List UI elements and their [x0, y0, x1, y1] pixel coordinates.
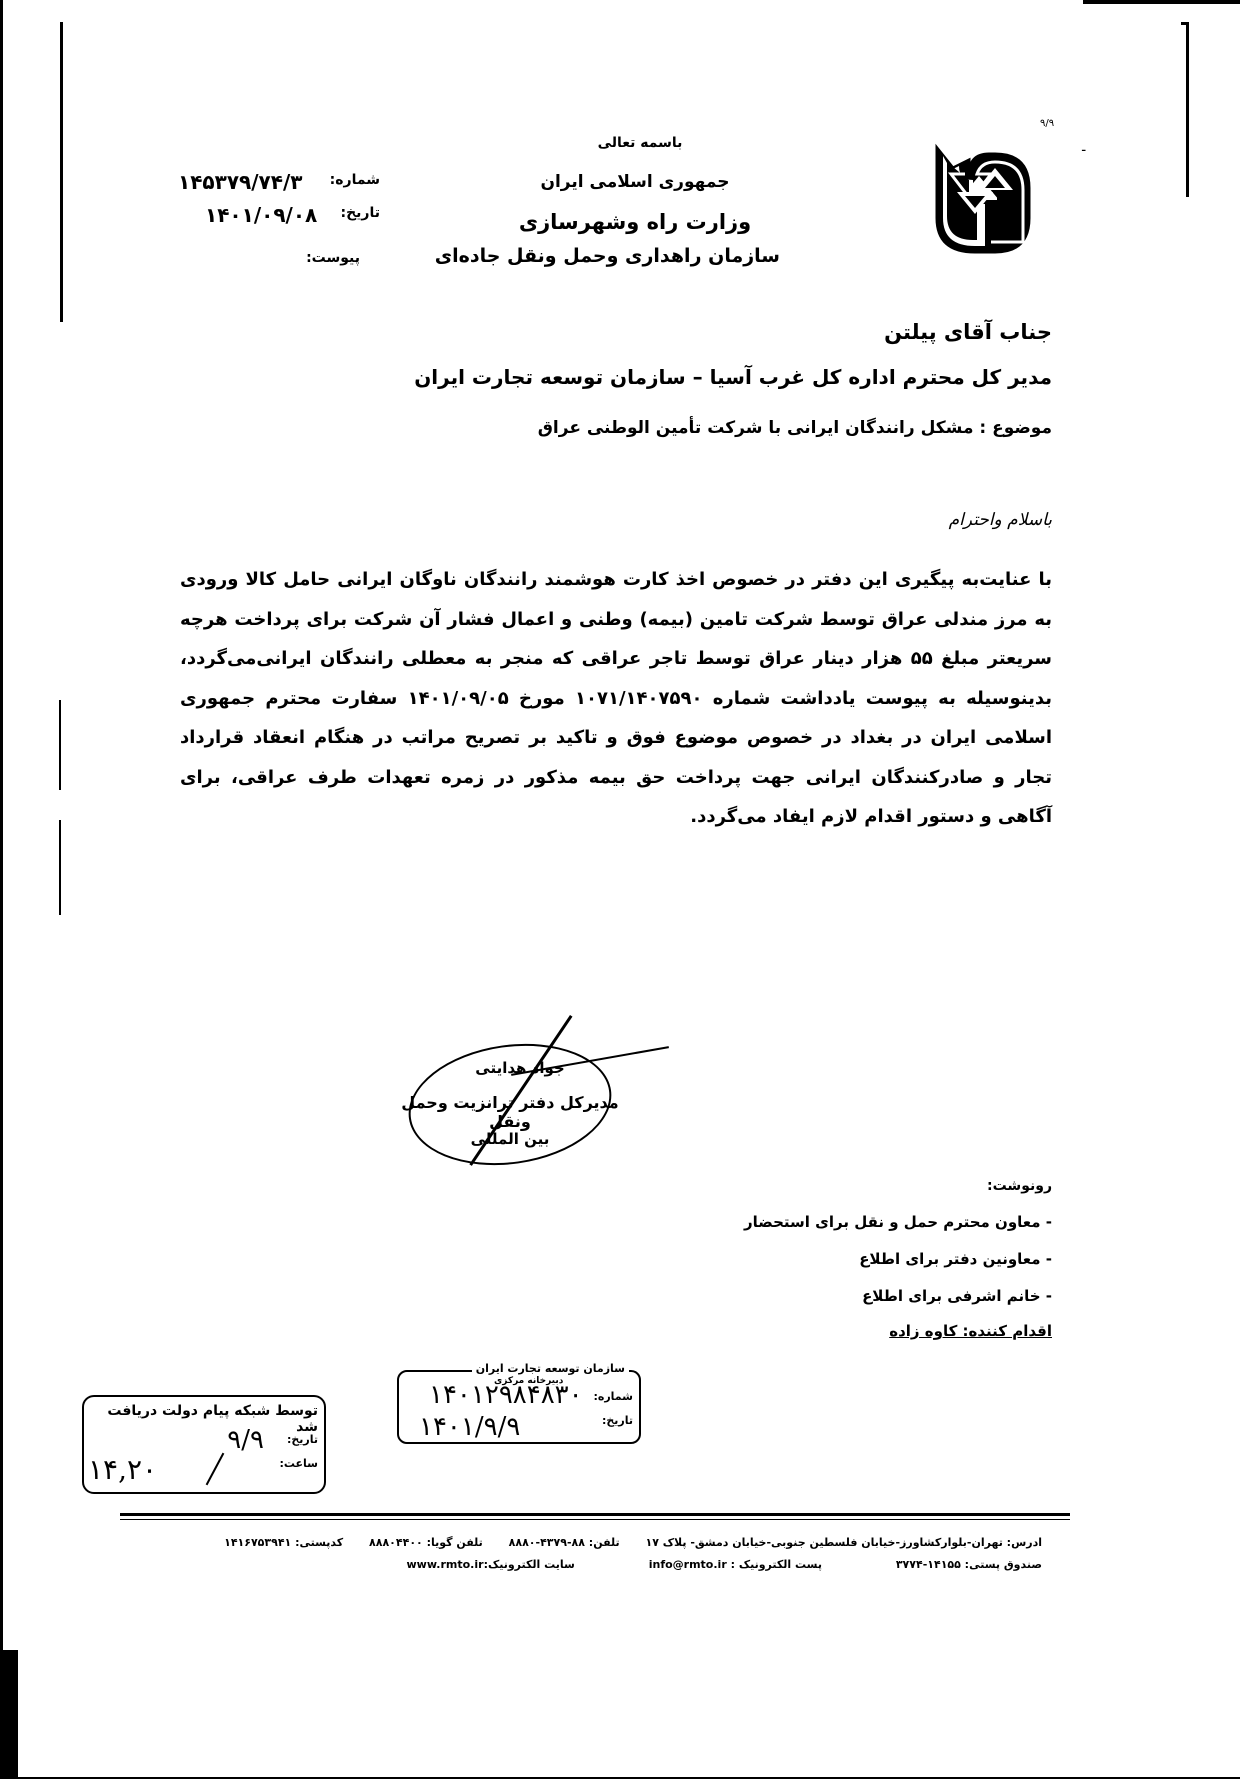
- scan-edge-top: [1083, 0, 1240, 4]
- cc-item: - خانم اشرفی برای اطلاع: [862, 1287, 1052, 1305]
- footer-divider: [120, 1513, 1070, 1516]
- stamp-time: ۱۴,۲۰: [88, 1453, 157, 1486]
- footer-po-box: صندوق پستی: ۱۴۱۵۵-۳۷۷۴: [896, 1558, 1042, 1571]
- recipient-title: مدیر کل محترم اداره کل غرب آسیا – سازمان…: [414, 365, 1052, 389]
- stamp-number: ۱۴۰۱۲۹۸۴۸۳۰: [429, 1380, 583, 1410]
- letter-subject: موضوع : مشکل رانندگان ایرانی با شرکت تأم…: [538, 418, 1052, 438]
- signatory-name: جواد هدایتی: [440, 1059, 600, 1077]
- cc-item: - معاونین دفتر برای اطلاع: [859, 1250, 1052, 1268]
- footer-email: info@rmto.ir: [649, 1558, 727, 1571]
- footer-address: ادرس: تهران-بلوارکشاورز-خیابان فلسطین جن…: [645, 1536, 1042, 1549]
- attachment-label: پیوست:: [300, 250, 360, 266]
- letter-number-label: شماره:: [300, 172, 380, 188]
- ministry-name: وزارت راه وشهرسازی: [500, 210, 770, 234]
- signatory-title-cont: بین المللی: [440, 1130, 580, 1148]
- scan-edge-left: [0, 0, 3, 1779]
- stamp-date: ۱۴۰۱/۹/۹: [419, 1412, 520, 1442]
- scan-line: [59, 700, 61, 790]
- corner-mark: ـ: [1082, 143, 1085, 154]
- trade-org-receipt-stamp: سازمان توسعه تجارت ایران دبیرخانه مرکزی …: [397, 1370, 641, 1444]
- gov-network-receipt-stamp: توسط شبکه پیام دولت دریافت شد تاریخ: ۹/۹…: [82, 1395, 326, 1494]
- scan-line: [1181, 22, 1189, 25]
- footer-phone: تلفن: ۸۸-۴۳۷۹-۸۸۸۰: [509, 1536, 620, 1549]
- scan-line: [59, 820, 61, 915]
- stamp-date: ۹/۹: [227, 1425, 264, 1455]
- letter-number: ۱۴۵۳۷۹/۷۴/۳: [178, 170, 303, 194]
- stamp-number-label: شماره:: [593, 1390, 633, 1403]
- footer-website: www.rmto.ir: [407, 1558, 484, 1571]
- letter-date: ۱۴۰۱/۰۹/۰۸: [205, 203, 305, 227]
- footer-voice-phone: تلفن گویا: ۸۸۸۰۴۴۰۰: [369, 1536, 483, 1549]
- recipient-name: جناب آقای پیلتن: [884, 320, 1052, 344]
- letter-page: ۹/۹ ـ باسمه تعالی جمهوری اسلامی ایران وز…: [0, 0, 1240, 1779]
- footer-website-label: سایت الکترونیک:: [484, 1558, 575, 1571]
- signature-block: جواد هدایتی مدیرکل دفتر ترانزیت وحمل ونق…: [380, 1005, 690, 1185]
- cc-title: رونوشت:: [987, 1178, 1052, 1194]
- organization-name: سازمان راهداری وحمل ونقل جاده‌ای: [440, 245, 780, 267]
- stamp-date-label: تاریخ:: [602, 1414, 633, 1427]
- action-by: اقدام کننده: کاوه زاده: [889, 1322, 1052, 1340]
- corner-mark: ۹/۹: [1040, 118, 1054, 129]
- letter-body: با عنایت‌به پیگیری این دفتر در خصوص اخذ …: [180, 560, 1052, 837]
- scan-line: [60, 22, 63, 322]
- footer-contact-line: ادرس: تهران-بلوارکشاورز-خیابان فلسطین جن…: [224, 1536, 1042, 1549]
- country-name: جمهوری اسلامی ایران: [500, 172, 770, 192]
- stamp-title: توسط شبکه پیام دولت دریافت شد: [84, 1403, 318, 1435]
- invocation: باسمه تعالی: [560, 135, 720, 151]
- scan-line: [1186, 22, 1189, 197]
- cc-item: - معاون محترم حمل و نقل برای استحضار: [744, 1213, 1052, 1231]
- rmto-arrows-logo-icon: [929, 140, 1039, 255]
- stamp-slash: [206, 1453, 225, 1486]
- scan-edge-left-bottom: [0, 1650, 18, 1779]
- stamp-date-label: تاریخ:: [287, 1433, 318, 1446]
- stamp-title: سازمان توسعه تجارت ایران: [472, 1362, 629, 1375]
- greeting: باسلام واحترام: [949, 510, 1052, 530]
- signatory-title: مدیرکل دفتر ترانزیت وحمل ونقل: [380, 1093, 640, 1131]
- footer-web-line: صندوق پستی: ۱۴۱۵۵-۳۷۷۴ پست الکترونیک : i…: [407, 1558, 1042, 1571]
- stamp-time-label: ساعت:: [279, 1457, 318, 1470]
- footer-divider: [120, 1519, 1070, 1520]
- footer-email-label: پست الکترونیک :: [731, 1558, 822, 1571]
- footer-postal-code: کدپستی: ۱۴۱۶۷۵۳۹۴۱: [224, 1536, 343, 1549]
